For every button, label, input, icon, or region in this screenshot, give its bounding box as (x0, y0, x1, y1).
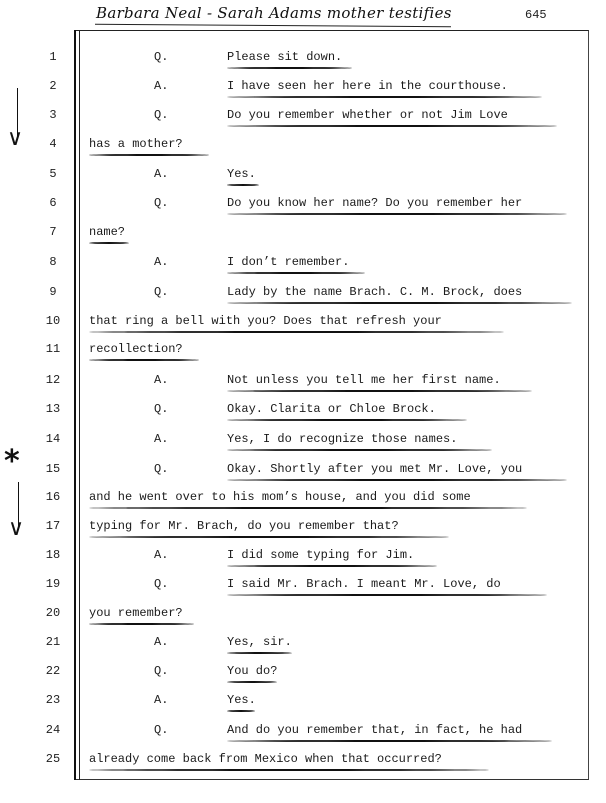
transcript-line: 7name? (0, 223, 606, 252)
speaker-label: A. (154, 432, 168, 446)
handwritten-underline (89, 154, 209, 156)
handwritten-underline (227, 213, 567, 215)
transcript-line: 12A.Not unless you tell me her first nam… (0, 371, 606, 400)
transcript-line: 19Q.I said Mr. Brach. I meant Mr. Love, … (0, 575, 606, 604)
handwritten-title-underline (95, 24, 451, 27)
speaker-label: Q. (154, 50, 168, 64)
line-number: 13 (38, 402, 68, 416)
transcript-line: 24Q.And do you remember that, in fact, h… (0, 721, 606, 750)
handwritten-underline (227, 125, 557, 127)
transcript-line: 3Q.Do you remember whether or not Jim Lo… (0, 106, 606, 135)
transcript-line: 10that ring a bell with you? Does that r… (0, 312, 606, 341)
line-number: 2 (38, 79, 68, 93)
handwritten-underline (89, 331, 504, 333)
speaker-label: Q. (154, 664, 168, 678)
handwritten-underline (227, 67, 352, 69)
transcript-line: 22Q.You do? (0, 662, 606, 691)
transcript-text: Please sit down. (227, 50, 342, 64)
transcript-line: 14A.Yes, I do recognize those names. (0, 430, 606, 459)
line-number: 16 (38, 490, 68, 504)
handwritten-underline (227, 272, 365, 274)
speaker-label: Q. (154, 108, 168, 122)
line-number: 6 (38, 196, 68, 210)
transcript-text: that ring a bell with you? Does that ref… (89, 314, 442, 328)
line-number: 14 (38, 432, 68, 446)
transcript-line: 2A.I have seen her here in the courthous… (0, 77, 606, 106)
speaker-label: A. (154, 548, 168, 562)
transcript-line: 20you remember? (0, 604, 606, 633)
handwritten-underline (227, 419, 467, 421)
transcript-line: 5A.Yes. (0, 165, 606, 194)
handwritten-underline (227, 302, 572, 304)
transcript-text: name? (89, 225, 125, 239)
handwritten-underline (227, 681, 277, 683)
line-number: 9 (38, 285, 68, 299)
speaker-label: A. (154, 167, 168, 181)
transcript-text: Yes. (227, 693, 256, 707)
handwritten-underline (227, 710, 255, 712)
handwritten-underline (227, 594, 547, 596)
handwritten-underline (89, 536, 449, 538)
handwritten-underline (227, 479, 567, 481)
line-number: 18 (38, 548, 68, 562)
speaker-label: Q. (154, 285, 168, 299)
transcript-text: Lady by the name Brach. C. M. Brock, doe… (227, 285, 522, 299)
line-number: 11 (38, 342, 68, 356)
transcript-line: 11recollection? (0, 340, 606, 369)
transcript-line: 1Q.Please sit down. (0, 48, 606, 77)
line-number: 12 (38, 373, 68, 387)
speaker-label: Q. (154, 462, 168, 476)
speaker-label: A. (154, 373, 168, 387)
speaker-label: Q. (154, 723, 168, 737)
handwritten-underline (227, 184, 259, 186)
transcript-text: Yes, I do recognize those names. (227, 432, 457, 446)
transcript-line: 17typing for Mr. Brach, do you remember … (0, 517, 606, 546)
line-number: 5 (38, 167, 68, 181)
transcript-text: You do? (227, 664, 277, 678)
transcript-text: Yes. (227, 167, 256, 181)
transcript-text: typing for Mr. Brach, do you remember th… (89, 519, 399, 533)
transcript-text: Not unless you tell me her first name. (227, 373, 501, 387)
handwritten-title: Barbara Neal - Sarah Adams mother testif… (96, 4, 452, 22)
line-number: 8 (38, 255, 68, 269)
handwritten-underline (227, 390, 532, 392)
transcript-line: 18A.I did some typing for Jim. (0, 546, 606, 575)
line-number: 25 (38, 752, 68, 766)
line-number: 10 (38, 314, 68, 328)
transcript-line: 23A.Yes. (0, 691, 606, 720)
transcript-line: 16and he went over to his mom’s house, a… (0, 488, 606, 517)
handwritten-underline (227, 565, 437, 567)
handwritten-underline (227, 652, 292, 654)
line-number: 19 (38, 577, 68, 591)
handwritten-underline (89, 507, 527, 509)
handwritten-underline (227, 449, 492, 451)
transcript-text: recollection? (89, 342, 183, 356)
line-number: 15 (38, 462, 68, 476)
line-number: 23 (38, 693, 68, 707)
transcript-line: 9Q.Lady by the name Brach. C. M. Brock, … (0, 283, 606, 312)
transcript-text: has a mother? (89, 137, 183, 151)
transcript-line: 13Q.Okay. Clarita or Chloe Brock. (0, 400, 606, 429)
line-number: 21 (38, 635, 68, 649)
speaker-label: A. (154, 635, 168, 649)
transcript-line: 15Q.Okay. Shortly after you met Mr. Love… (0, 460, 606, 489)
speaker-label: A. (154, 255, 168, 269)
handwritten-underline (227, 96, 542, 98)
line-number: 1 (38, 50, 68, 64)
speaker-label: Q. (154, 577, 168, 591)
transcript-text: Okay. Shortly after you met Mr. Love, yo… (227, 462, 522, 476)
speaker-label: Q. (154, 402, 168, 416)
transcript-line: 6Q.Do you know her name? Do you remember… (0, 194, 606, 223)
line-number: 3 (38, 108, 68, 122)
transcript-text: you remember? (89, 606, 183, 620)
transcript-text: Do you know her name? Do you remember he… (227, 196, 522, 210)
transcript-text: I have seen her here in the courthouse. (227, 79, 508, 93)
handwritten-underline (89, 359, 199, 361)
transcript-text: Yes, sir. (227, 635, 292, 649)
transcript-line: 8A.I don’t remember. (0, 253, 606, 282)
speaker-label: A. (154, 79, 168, 93)
handwritten-underline (89, 769, 489, 771)
line-number: 7 (38, 225, 68, 239)
speaker-label: A. (154, 693, 168, 707)
handwritten-underline (89, 623, 194, 625)
speaker-label: Q. (154, 196, 168, 210)
line-number: 24 (38, 723, 68, 737)
transcript-text: Okay. Clarita or Chloe Brock. (227, 402, 436, 416)
line-number: 4 (38, 137, 68, 151)
transcript-text: And do you remember that, in fact, he ha… (227, 723, 522, 737)
line-number: 22 (38, 664, 68, 678)
transcript-text: I did some typing for Jim. (227, 548, 414, 562)
transcript-text: I said Mr. Brach. I meant Mr. Love, do (227, 577, 501, 591)
transcript-text: Do you remember whether or not Jim Love (227, 108, 508, 122)
handwritten-underline (89, 242, 129, 244)
transcript-line: 21A.Yes, sir. (0, 633, 606, 662)
transcript-text: and he went over to his mom’s house, and… (89, 490, 471, 504)
line-number: 20 (38, 606, 68, 620)
line-number: 17 (38, 519, 68, 533)
transcript-line: 4has a mother? (0, 135, 606, 164)
transcript-line: 25already come back from Mexico when tha… (0, 750, 606, 779)
transcript-text: already come back from Mexico when that … (89, 752, 442, 766)
transcript-text: I don’t remember. (227, 255, 349, 269)
page-number: 645 (525, 8, 547, 22)
handwritten-underline (227, 740, 552, 742)
